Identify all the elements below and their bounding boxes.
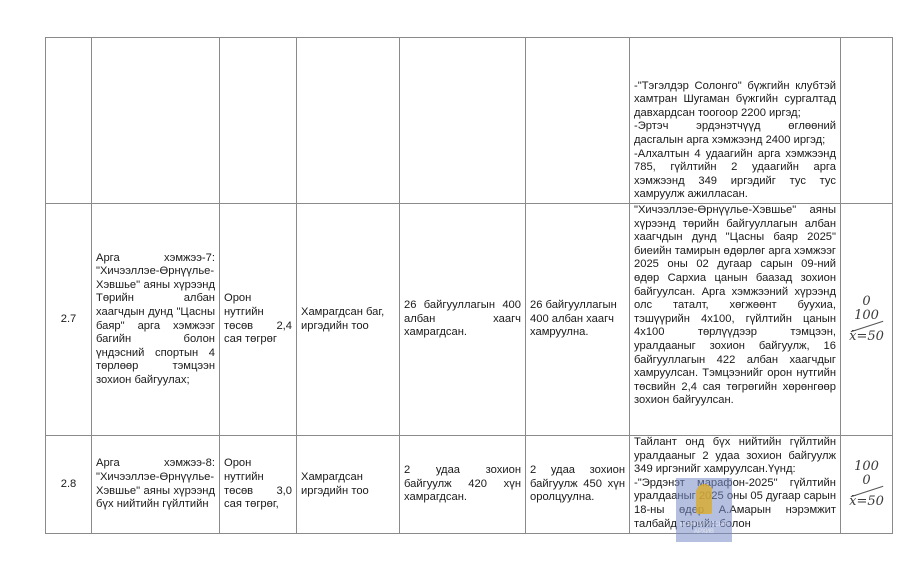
budget-cell: Орон нутгийн төсөв 2,4 сая төгрөг	[220, 204, 297, 436]
score-average: x̄=50	[845, 495, 888, 509]
table-row: 2.8 Арга хэмжээ-8: "Хичээллэе-Өрнүүлье-Х…	[46, 436, 893, 534]
indicator-cell: Хамрагдсан баг, иргэдийн тоо	[297, 204, 400, 436]
report-paragraph: -"Эрдэнэт марафон-2025" гүйлтийн уралдаа…	[634, 477, 836, 531]
score-cell	[841, 38, 893, 204]
table-row: 2.7 Арга хэмжээ-7: "Хичээллэе-Өрнүүлье-Х…	[46, 204, 893, 436]
indicator-cell	[297, 38, 400, 204]
report-cell: -"Тэгэлдэр Солонго" бүжгийн клубтэй хамт…	[630, 38, 841, 204]
report-cell: Тайлант онд бүх нийтийн гүйлтийн уралдаа…	[630, 436, 841, 534]
soyombo-emblem-icon	[696, 484, 712, 514]
target-cell	[526, 38, 630, 204]
activity-cell	[92, 38, 220, 204]
archive-watermark: МОНГОЛ УЛСЫН АРХИВ	[676, 478, 732, 542]
row-number-cell: 2.8	[46, 436, 92, 534]
report-table: -"Тэгэлдэр Солонго" бүжгийн клубтэй хамт…	[45, 37, 893, 534]
handwritten-score: 0 100 x̄=50	[845, 295, 888, 344]
score-cell: 0 100 x̄=50	[841, 204, 893, 436]
score-cell: 100 0 x̄=50	[841, 436, 893, 534]
score-top: 100	[845, 460, 888, 474]
row-number-cell	[46, 38, 92, 204]
indicator-cell: Хамрагдсан иргэдийн тоо	[297, 436, 400, 534]
baseline-cell: 2 удаа зохион байгуулж 420 хүн хамрагдса…	[400, 436, 526, 534]
report-paragraph: -Алхалтын 4 удаагийн арга хэмжээнд 785, …	[634, 148, 836, 202]
report-paragraph: -Эртэч эрдэнэтчүүд өглөөний дасгалын арг…	[634, 120, 836, 147]
budget-cell: Орон нутгийн төсөв 3,0 сая төгрөг,	[220, 436, 297, 534]
activity-cell: Арга хэмжээ-8: "Хичээллэе-Өрнүүлье-Хэвшь…	[92, 436, 220, 534]
report-paragraph: Тайлант онд бүх нийтийн гүйлтийн уралдаа…	[634, 436, 836, 477]
target-cell: 2 удаа зохион байгуулж 450 хүн оролцуулн…	[526, 436, 630, 534]
budget-cell	[220, 38, 297, 204]
table-row: -"Тэгэлдэр Солонго" бүжгийн клубтэй хамт…	[46, 38, 893, 204]
row-number-cell: 2.7	[46, 204, 92, 436]
activity-cell: Арга хэмжээ-7: "Хичээллэе-Өрнүүлье-Хэвшь…	[92, 204, 220, 436]
baseline-cell: 26 байгууллагын 400 албан хаагч хамрагдс…	[400, 204, 526, 436]
report-paragraph: -"Тэгэлдэр Солонго" бүжгийн клубтэй хамт…	[634, 80, 836, 121]
report-cell: "Хичээллэе-Өрнүүлье-Хэвшье" аяны хүрээнд…	[630, 204, 841, 436]
score-average: x̄=50	[845, 330, 888, 344]
target-cell: 26 байгууллагын 400 албан хаагч хамруулн…	[526, 204, 630, 436]
watermark-text: МОНГОЛ УЛСЫН АРХИВ	[678, 522, 730, 536]
handwritten-score: 100 0 x̄=50	[845, 460, 888, 509]
report-paragraph: "Хичээллэе-Өрнүүлье-Хэвшье" аяны хүрээнд…	[634, 204, 836, 408]
baseline-cell	[400, 38, 526, 204]
score-top: 0	[845, 295, 888, 309]
